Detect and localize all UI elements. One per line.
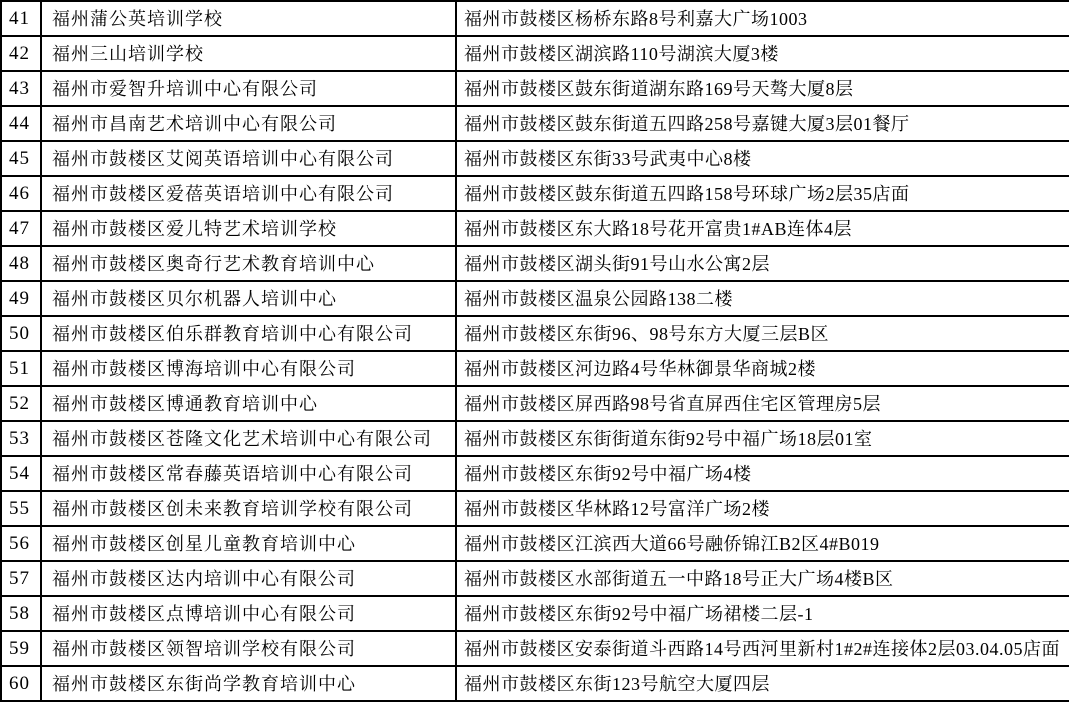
address-cell: 福州市鼓楼区鼓东街道五四路258号嘉键大厦3层01餐厅 xyxy=(456,106,1069,141)
address-cell: 福州市鼓楼区湖滨路110号湖滨大厦3楼 xyxy=(456,36,1069,71)
table-row: 58福州市鼓楼区点博培训中心有限公司福州市鼓楼区东街92号中福广场裙楼二层-1 xyxy=(1,596,1069,631)
school-name-cell: 福州市鼓楼区东街尚学教育培训中心 xyxy=(41,666,456,701)
school-name-cell: 福州市鼓楼区爱儿特艺术培训学校 xyxy=(41,211,456,246)
address-cell: 福州市鼓楼区东街123号航空大厦四层 xyxy=(456,666,1069,701)
row-number-cell: 55 xyxy=(1,491,41,526)
school-name-cell: 福州市鼓楼区常春藤英语培训中心有限公司 xyxy=(41,456,456,491)
address-cell: 福州市鼓楼区东街96、98号东方大厦三层B区 xyxy=(456,316,1069,351)
address-cell: 福州市鼓楼区鼓东街道五四路158号环球广场2层35店面 xyxy=(456,176,1069,211)
table-row: 42福州三山培训学校福州市鼓楼区湖滨路110号湖滨大厦3楼 xyxy=(1,36,1069,71)
row-number-cell: 42 xyxy=(1,36,41,71)
table-body: 41福州蒲公英培训学校福州市鼓楼区杨桥东路8号利嘉大广场100342福州三山培训… xyxy=(1,1,1069,701)
table-row: 51福州市鼓楼区博海培训中心有限公司福州市鼓楼区河边路4号华林御景华商城2楼 xyxy=(1,351,1069,386)
address-cell: 福州市鼓楼区杨桥东路8号利嘉大广场1003 xyxy=(456,1,1069,36)
row-number-cell: 54 xyxy=(1,456,41,491)
table-row: 56福州市鼓楼区创星儿童教育培训中心福州市鼓楼区江滨西大道66号融侨锦江B2区4… xyxy=(1,526,1069,561)
table-row: 60福州市鼓楼区东街尚学教育培训中心福州市鼓楼区东街123号航空大厦四层 xyxy=(1,666,1069,701)
school-name-cell: 福州蒲公英培训学校 xyxy=(41,1,456,36)
address-cell: 福州市鼓楼区东街街道东街92号中福广场18层01室 xyxy=(456,421,1069,456)
address-cell: 福州市鼓楼区湖头街91号山水公寓2层 xyxy=(456,246,1069,281)
address-cell: 福州市鼓楼区鼓东街道湖东路169号天骜大厦8层 xyxy=(456,71,1069,106)
row-number-cell: 48 xyxy=(1,246,41,281)
school-name-cell: 福州市鼓楼区创星儿童教育培训中心 xyxy=(41,526,456,561)
school-name-cell: 福州市鼓楼区伯乐群教育培训中心有限公司 xyxy=(41,316,456,351)
table-row: 49福州市鼓楼区贝尔机器人培训中心福州市鼓楼区温泉公园路138二楼 xyxy=(1,281,1069,316)
table-row: 44福州市昌南艺术培训中心有限公司福州市鼓楼区鼓东街道五四路258号嘉键大厦3层… xyxy=(1,106,1069,141)
school-name-cell: 福州市昌南艺术培训中心有限公司 xyxy=(41,106,456,141)
school-name-cell: 福州市鼓楼区贝尔机器人培训中心 xyxy=(41,281,456,316)
school-name-cell: 福州市鼓楼区创未来教育培训学校有限公司 xyxy=(41,491,456,526)
table-row: 57福州市鼓楼区达内培训中心有限公司福州市鼓楼区水部街道五一中路18号正大广场4… xyxy=(1,561,1069,596)
training-schools-table: 41福州蒲公英培训学校福州市鼓楼区杨桥东路8号利嘉大广场100342福州三山培训… xyxy=(0,0,1069,702)
address-cell: 福州市鼓楼区屏西路98号省直屏西住宅区管理房5层 xyxy=(456,386,1069,421)
row-number-cell: 51 xyxy=(1,351,41,386)
school-name-cell: 福州市鼓楼区点博培训中心有限公司 xyxy=(41,596,456,631)
table-row: 41福州蒲公英培训学校福州市鼓楼区杨桥东路8号利嘉大广场1003 xyxy=(1,1,1069,36)
table-row: 54福州市鼓楼区常春藤英语培训中心有限公司福州市鼓楼区东街92号中福广场4楼 xyxy=(1,456,1069,491)
row-number-cell: 49 xyxy=(1,281,41,316)
table-row: 50福州市鼓楼区伯乐群教育培训中心有限公司福州市鼓楼区东街96、98号东方大厦三… xyxy=(1,316,1069,351)
address-cell: 福州市鼓楼区华林路12号富洋广场2楼 xyxy=(456,491,1069,526)
school-name-cell: 福州市鼓楼区领智培训学校有限公司 xyxy=(41,631,456,666)
table-row: 59福州市鼓楼区领智培训学校有限公司福州市鼓楼区安泰街道斗西路14号西河里新村1… xyxy=(1,631,1069,666)
table-row: 53福州市鼓楼区苍隆文化艺术培训中心有限公司福州市鼓楼区东街街道东街92号中福广… xyxy=(1,421,1069,456)
row-number-cell: 50 xyxy=(1,316,41,351)
table-row: 46福州市鼓楼区爱蓓英语培训中心有限公司福州市鼓楼区鼓东街道五四路158号环球广… xyxy=(1,176,1069,211)
row-number-cell: 56 xyxy=(1,526,41,561)
row-number-cell: 41 xyxy=(1,1,41,36)
row-number-cell: 58 xyxy=(1,596,41,631)
school-name-cell: 福州市鼓楼区苍隆文化艺术培训中心有限公司 xyxy=(41,421,456,456)
school-name-cell: 福州三山培训学校 xyxy=(41,36,456,71)
address-cell: 福州市鼓楼区安泰街道斗西路14号西河里新村1#2#连接体2层03.04.05店面 xyxy=(456,631,1069,666)
row-number-cell: 46 xyxy=(1,176,41,211)
school-name-cell: 福州市鼓楼区博通教育培训中心 xyxy=(41,386,456,421)
table-row: 45福州市鼓楼区艾阅英语培训中心有限公司福州市鼓楼区东街33号武夷中心8楼 xyxy=(1,141,1069,176)
address-cell: 福州市鼓楼区东街92号中福广场4楼 xyxy=(456,456,1069,491)
row-number-cell: 53 xyxy=(1,421,41,456)
address-cell: 福州市鼓楼区江滨西大道66号融侨锦江B2区4#B019 xyxy=(456,526,1069,561)
school-name-cell: 福州市鼓楼区达内培训中心有限公司 xyxy=(41,561,456,596)
row-number-cell: 44 xyxy=(1,106,41,141)
address-cell: 福州市鼓楼区水部街道五一中路18号正大广场4楼B区 xyxy=(456,561,1069,596)
row-number-cell: 47 xyxy=(1,211,41,246)
row-number-cell: 45 xyxy=(1,141,41,176)
table-row: 48福州市鼓楼区奥奇行艺术教育培训中心福州市鼓楼区湖头街91号山水公寓2层 xyxy=(1,246,1069,281)
table-row: 43福州市爱智升培训中心有限公司福州市鼓楼区鼓东街道湖东路169号天骜大厦8层 xyxy=(1,71,1069,106)
address-cell: 福州市鼓楼区温泉公园路138二楼 xyxy=(456,281,1069,316)
table-row: 55福州市鼓楼区创未来教育培训学校有限公司福州市鼓楼区华林路12号富洋广场2楼 xyxy=(1,491,1069,526)
school-name-cell: 福州市鼓楼区博海培训中心有限公司 xyxy=(41,351,456,386)
address-cell: 福州市鼓楼区河边路4号华林御景华商城2楼 xyxy=(456,351,1069,386)
address-cell: 福州市鼓楼区东街33号武夷中心8楼 xyxy=(456,141,1069,176)
row-number-cell: 57 xyxy=(1,561,41,596)
row-number-cell: 52 xyxy=(1,386,41,421)
address-cell: 福州市鼓楼区东大路18号花开富贵1#AB连体4层 xyxy=(456,211,1069,246)
school-name-cell: 福州市爱智升培训中心有限公司 xyxy=(41,71,456,106)
table-row: 52福州市鼓楼区博通教育培训中心福州市鼓楼区屏西路98号省直屏西住宅区管理房5层 xyxy=(1,386,1069,421)
table-row: 47福州市鼓楼区爱儿特艺术培训学校福州市鼓楼区东大路18号花开富贵1#AB连体4… xyxy=(1,211,1069,246)
row-number-cell: 60 xyxy=(1,666,41,701)
school-name-cell: 福州市鼓楼区艾阅英语培训中心有限公司 xyxy=(41,141,456,176)
school-name-cell: 福州市鼓楼区爱蓓英语培训中心有限公司 xyxy=(41,176,456,211)
address-cell: 福州市鼓楼区东街92号中福广场裙楼二层-1 xyxy=(456,596,1069,631)
school-name-cell: 福州市鼓楼区奥奇行艺术教育培训中心 xyxy=(41,246,456,281)
row-number-cell: 59 xyxy=(1,631,41,666)
row-number-cell: 43 xyxy=(1,71,41,106)
